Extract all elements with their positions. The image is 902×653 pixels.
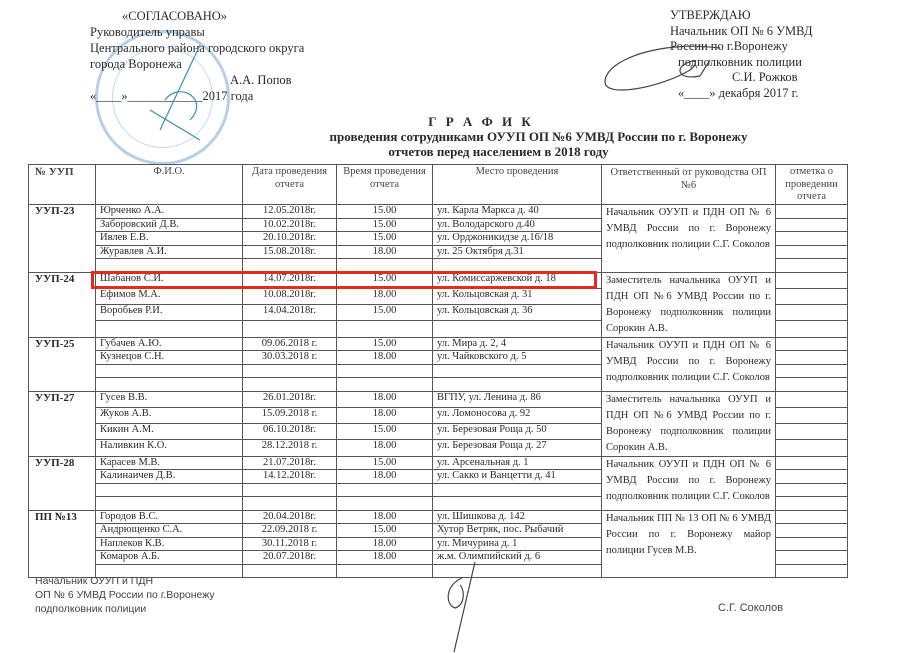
- time-cell: 15.00: [337, 305, 433, 321]
- unit-cell: УУП-28: [29, 456, 96, 510]
- time-cell: [337, 497, 433, 511]
- date-cell: 09.06.2018 г.: [243, 337, 337, 351]
- mark-cell[interactable]: [776, 497, 848, 511]
- place-cell: [433, 497, 602, 511]
- date-cell: [243, 364, 337, 378]
- date-cell: 20.04.2018г.: [243, 510, 337, 524]
- signature-icon: [440, 560, 480, 653]
- responsible-cell: Заместитель начальника ОУУП и ПДН ОП №6 …: [602, 391, 776, 456]
- name-cell: Юрченко А.А.: [96, 205, 243, 219]
- approval-right-heading: УТВЕРЖДАЮ: [670, 8, 813, 24]
- mark-cell[interactable]: [776, 259, 848, 273]
- time-cell: [337, 378, 433, 392]
- place-cell: ул. Сакко и Ванцетти д. 41: [433, 470, 602, 484]
- place-cell: [433, 259, 602, 273]
- schedule-table: № УУП Ф.И.О. Дата проведения отчета Врем…: [28, 164, 848, 578]
- place-cell: ул. Володарского д.40: [433, 218, 602, 232]
- signature-icon: [600, 40, 740, 100]
- name-cell: [96, 364, 243, 378]
- date-cell: 20.07.2018г.: [243, 551, 337, 565]
- date-cell: 20.10.2018г.: [243, 232, 337, 246]
- date-cell: [243, 378, 337, 392]
- place-cell: ВГПУ, ул. Ленина д. 86: [433, 391, 602, 407]
- date-cell: 21.07.2018г.: [243, 456, 337, 470]
- time-cell: 18.00: [337, 551, 433, 565]
- name-cell: Кикин А.М.: [96, 424, 243, 440]
- unit-cell: ПП №13: [29, 510, 96, 578]
- title-line-3: отчетов перед населением в 2018 году: [95, 144, 902, 159]
- date-cell: 30.11.2018 г.: [243, 537, 337, 551]
- header-name: Ф.И.О.: [96, 165, 243, 205]
- table-row: УУП-25Губачев А.Ю.09.06.2018 г.15.00ул. …: [29, 337, 848, 351]
- time-cell: 18.00: [337, 391, 433, 407]
- name-cell: [96, 483, 243, 497]
- header-mark: отметка о проведении отчета: [776, 165, 848, 205]
- responsible-cell: Начальник ОУУП и ПДН ОП № 6 УМВД России …: [602, 205, 776, 273]
- name-cell: Журавлев А.И.: [96, 245, 243, 259]
- name-cell: [96, 497, 243, 511]
- approval-left-signer: А.А. Попов: [230, 72, 304, 88]
- table-header-row: № УУП Ф.И.О. Дата проведения отчета Врем…: [29, 165, 848, 205]
- mark-cell[interactable]: [776, 391, 848, 407]
- name-cell: Гусев В.В.: [96, 391, 243, 407]
- mark-cell[interactable]: [776, 483, 848, 497]
- responsible-cell: Начальник ПП № 13 ОП № 6 УМВД России по …: [602, 510, 776, 578]
- header-responsible: Ответственный от руководства ОП №6: [602, 165, 776, 205]
- place-cell: ул. Шишкова д. 142: [433, 510, 602, 524]
- place-cell: ул. Кольцовская д. 31: [433, 288, 602, 304]
- title-line-1: Г Р А Ф И К: [60, 114, 902, 129]
- name-cell: Кузнецов С.Н.: [96, 351, 243, 365]
- time-cell: 15.00: [337, 232, 433, 246]
- highlight-box: [91, 271, 597, 289]
- date-cell: 30.03.2018 г.: [243, 351, 337, 365]
- mark-cell[interactable]: [776, 407, 848, 423]
- place-cell: ул. Орджоникидзе д.16/18: [433, 232, 602, 246]
- time-cell: 18.00: [337, 288, 433, 304]
- name-cell: Жуков А.В.: [96, 407, 243, 423]
- date-cell: 15.09.2018 г.: [243, 407, 337, 423]
- time-cell: 15.00: [337, 218, 433, 232]
- place-cell: [433, 321, 602, 337]
- date-cell: 15.08.2018г.: [243, 245, 337, 259]
- name-cell: Заборовский Д.В.: [96, 218, 243, 232]
- time-cell: 18.00: [337, 245, 433, 259]
- name-cell: [96, 259, 243, 273]
- mark-cell[interactable]: [776, 524, 848, 538]
- date-cell: [243, 259, 337, 273]
- mark-cell[interactable]: [776, 245, 848, 259]
- mark-cell[interactable]: [776, 351, 848, 365]
- time-cell: 18.00: [337, 470, 433, 484]
- document-title: Г Р А Ф И К проведения сотрудниками ОУУП…: [0, 114, 902, 159]
- footer-signature-block: Начальник ОУУП и ПДН ОП № 6 УМВД России …: [35, 574, 215, 616]
- table-row: УУП-27Гусев В.В.26.01.2018г.18.00ВГПУ, у…: [29, 391, 848, 407]
- date-cell: 12.05.2018г.: [243, 205, 337, 219]
- footer-signer: С.Г. Соколов: [718, 602, 783, 614]
- mark-cell[interactable]: [776, 288, 848, 304]
- time-cell: 15.00: [337, 524, 433, 538]
- header-unit: № УУП: [29, 165, 96, 205]
- mark-cell[interactable]: [776, 378, 848, 392]
- mark-cell[interactable]: [776, 272, 848, 288]
- table-row: ПП №13Городов В.С.20.04.2018г.18.00ул. Ш…: [29, 510, 848, 524]
- time-cell: 18.00: [337, 510, 433, 524]
- mark-cell[interactable]: [776, 205, 848, 219]
- unit-cell: УУП-24: [29, 272, 96, 337]
- date-cell: 26.01.2018г.: [243, 391, 337, 407]
- time-cell: 18.00: [337, 440, 433, 456]
- date-cell: 22.09.2018 г.: [243, 524, 337, 538]
- time-cell: 18.00: [337, 351, 433, 365]
- name-cell: Комаров А.Б.: [96, 551, 243, 565]
- place-cell: [433, 378, 602, 392]
- approval-left-heading: «СОГЛАСОВАНО»: [122, 8, 304, 24]
- name-cell: Губачев А.Ю.: [96, 337, 243, 351]
- name-cell: Калинаичев Д.В.: [96, 470, 243, 484]
- time-cell: [337, 483, 433, 497]
- table-row: УУП-23Юрченко А.А.12.05.2018г.15.00ул. К…: [29, 205, 848, 219]
- place-cell: [433, 364, 602, 378]
- place-cell: Хутор Ветряк, пос. Рыбачий: [433, 524, 602, 538]
- mark-cell[interactable]: [776, 564, 848, 578]
- name-cell: Ефимов М.А.: [96, 288, 243, 304]
- name-cell: Воробьев Р.И.: [96, 305, 243, 321]
- date-cell: [243, 321, 337, 337]
- time-cell: [337, 364, 433, 378]
- footer-line: подполковник полиции: [35, 602, 215, 616]
- time-cell: 15.00: [337, 205, 433, 219]
- mark-cell[interactable]: [776, 321, 848, 337]
- mark-cell[interactable]: [776, 551, 848, 565]
- approval-left-line: Руководитель управы: [90, 24, 304, 40]
- responsible-cell: Заместитель начальника ОУУП и ПДН ОП №6 …: [602, 272, 776, 337]
- unit-cell: УУП-23: [29, 205, 96, 273]
- header-place: Место проведения: [433, 165, 602, 205]
- date-cell: 14.04.2018г.: [243, 305, 337, 321]
- date-cell: [243, 483, 337, 497]
- date-cell: 10.08.2018г.: [243, 288, 337, 304]
- header-date: Дата проведения отчета: [243, 165, 337, 205]
- time-cell: [337, 259, 433, 273]
- mark-cell[interactable]: [776, 510, 848, 524]
- place-cell: ул. Чайковского д. 5: [433, 351, 602, 365]
- name-cell: [96, 321, 243, 337]
- footer-line: Начальник ОУУП и ПДН: [35, 574, 215, 588]
- place-cell: ул. 25 Октября д.31: [433, 245, 602, 259]
- mark-cell[interactable]: [776, 537, 848, 551]
- place-cell: ул. Мичурина д. 1: [433, 537, 602, 551]
- mark-cell[interactable]: [776, 337, 848, 351]
- responsible-cell: Начальник ОУУП и ПДН ОП № 6 УМВД России …: [602, 337, 776, 391]
- mark-cell[interactable]: [776, 364, 848, 378]
- mark-cell[interactable]: [776, 470, 848, 484]
- date-cell: 14.12.2018г.: [243, 470, 337, 484]
- place-cell: ул. Арсенальная д. 1: [433, 456, 602, 470]
- name-cell: [96, 378, 243, 392]
- header-time: Время проведения отчета: [337, 165, 433, 205]
- unit-cell: УУП-25: [29, 337, 96, 391]
- date-cell: [243, 564, 337, 578]
- unit-cell: УУП-27: [29, 391, 96, 456]
- place-cell: ул. Ломоносова д. 92: [433, 407, 602, 423]
- name-cell: Наливкин К.О.: [96, 440, 243, 456]
- approval-right-line: Начальник ОП № 6 УМВД: [670, 24, 813, 40]
- mark-cell[interactable]: [776, 440, 848, 456]
- name-cell: Ивлев Е.В.: [96, 232, 243, 246]
- time-cell: 18.00: [337, 537, 433, 551]
- mark-cell[interactable]: [776, 424, 848, 440]
- time-cell: [337, 564, 433, 578]
- mark-cell[interactable]: [776, 232, 848, 246]
- time-cell: 15.00: [337, 424, 433, 440]
- place-cell: ул. Карла Маркса д. 40: [433, 205, 602, 219]
- place-cell: ул. Кольцовская д. 36: [433, 305, 602, 321]
- mark-cell[interactable]: [776, 456, 848, 470]
- name-cell: Наплеков К.В.: [96, 537, 243, 551]
- table-row: УУП-28Карасев М.В.21.07.2018г.15.00ул. А…: [29, 456, 848, 470]
- place-cell: ул. Березовая Роща д. 50: [433, 424, 602, 440]
- mark-cell[interactable]: [776, 218, 848, 232]
- place-cell: ул. Мира д. 2, 4: [433, 337, 602, 351]
- responsible-cell: Начальник ОУУП и ПДН ОП № 6 УМВД России …: [602, 456, 776, 510]
- name-cell: Городов В.С.: [96, 510, 243, 524]
- name-cell: Карасев М.В.: [96, 456, 243, 470]
- date-cell: 10.02.2018г.: [243, 218, 337, 232]
- footer-line: ОП № 6 УМВД России по г.Воронежу: [35, 588, 215, 602]
- approval-right-signer: С.И. Рожков: [732, 70, 813, 86]
- date-cell: 28.12.2018 г.: [243, 440, 337, 456]
- date-cell: [243, 497, 337, 511]
- time-cell: 15.00: [337, 456, 433, 470]
- title-line-2: проведения сотрудниками ОУУП ОП №6 УМВД …: [175, 129, 902, 144]
- time-cell: 18.00: [337, 407, 433, 423]
- mark-cell[interactable]: [776, 305, 848, 321]
- name-cell: Андрющенко С.А.: [96, 524, 243, 538]
- time-cell: 15.00: [337, 337, 433, 351]
- place-cell: [433, 483, 602, 497]
- time-cell: [337, 321, 433, 337]
- place-cell: ул. Березовая Роща д. 27: [433, 440, 602, 456]
- date-cell: 06.10.2018г.: [243, 424, 337, 440]
